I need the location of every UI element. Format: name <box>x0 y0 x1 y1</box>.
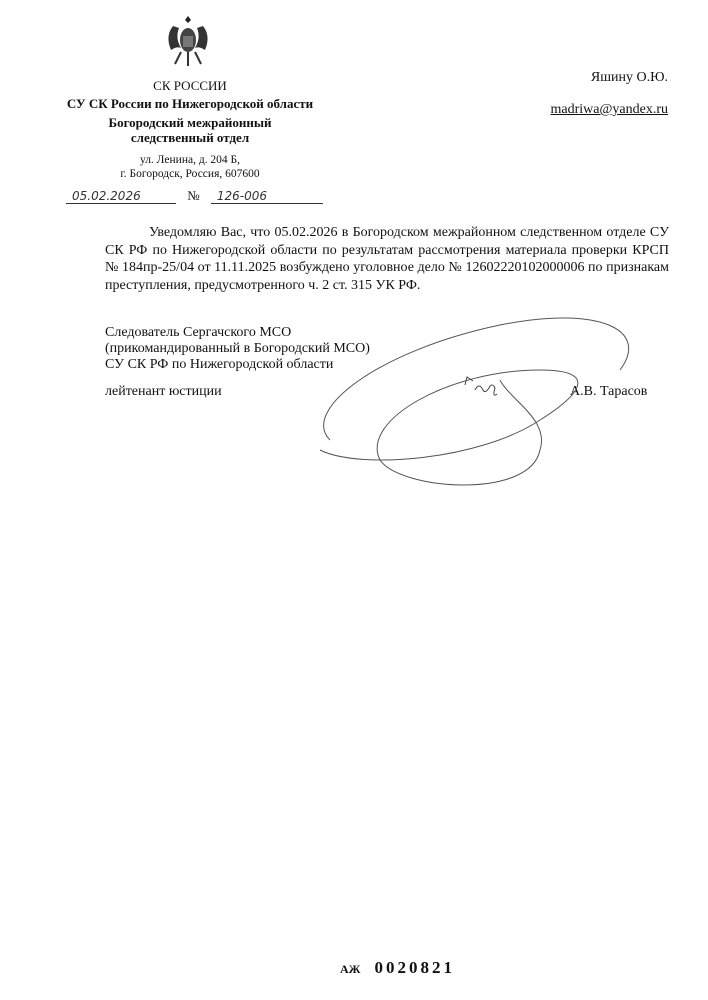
letter-body: Уведомляю Вас, что 05.02.2026 в Богородс… <box>105 224 669 294</box>
org-address: ул. Ленина, д. 204 Б, г. Богородск, Росс… <box>40 153 340 181</box>
org-name-top: СК РОССИИ <box>40 78 340 94</box>
handwritten-date: 05.02.2026 <box>66 189 176 204</box>
recipient-email[interactable]: madriwa@yandex.ru <box>551 102 668 118</box>
signatory-rank: лейтенант юстиции <box>105 384 222 400</box>
handwritten-number: 126-006 <box>211 189 323 204</box>
dept-line-2: следственный отдел <box>40 130 340 145</box>
recipient-name: Яшину О.Ю. <box>551 70 668 86</box>
serial-prefix: АЖ <box>340 962 361 976</box>
address-line-2: г. Богородск, Россия, 607600 <box>40 167 340 181</box>
document-serial: АЖ0020821 <box>340 958 455 978</box>
address-line-1: ул. Ленина, д. 204 Б, <box>40 153 340 167</box>
number-sign: № <box>187 188 199 203</box>
org-name-regional: СУ СК России по Нижегородской области <box>40 96 340 112</box>
handwritten-signature-icon <box>300 300 680 500</box>
body-paragraph: Уведомляю Вас, что 05.02.2026 в Богородс… <box>105 224 669 294</box>
dept-line-1: Богородский межрайонный <box>40 115 340 130</box>
date-number-line: 05.02.2026 № 126-006 <box>66 188 323 204</box>
serial-number: 0020821 <box>375 958 456 977</box>
recipient-block: Яшину О.Ю. madriwa@yandex.ru <box>551 70 668 134</box>
coat-of-arms-icon <box>163 12 213 72</box>
org-name-department: Богородский межрайонный следственный отд… <box>40 115 340 145</box>
